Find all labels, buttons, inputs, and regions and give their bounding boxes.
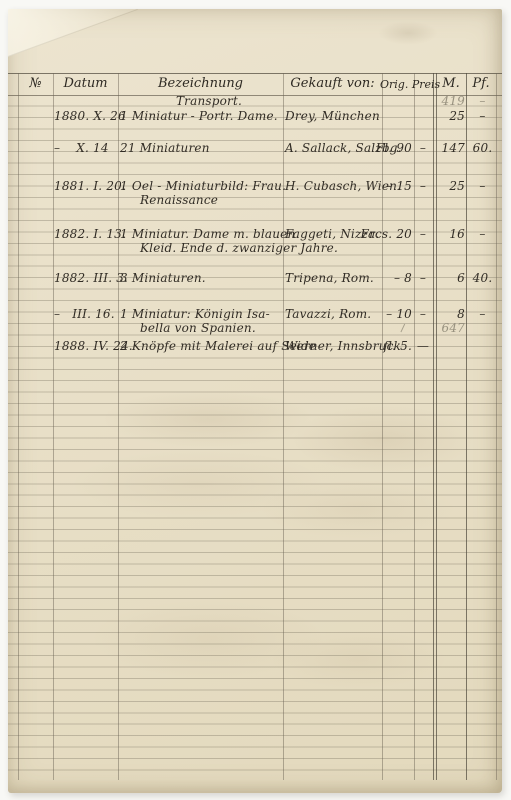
ledger-paper: № Datum Bezeichnung Gekauft von: Orig. P… <box>8 9 502 793</box>
cell-pfennig: – <box>469 228 496 241</box>
ledger-row: 1888. IV. 24. 2 Knöpfe mit Malerei auf S… <box>8 340 502 368</box>
cell-datum: 1880. X. 26 <box>54 110 126 123</box>
cell-bezeichnung: Transport. <box>154 95 264 108</box>
cell-mark: 16 <box>431 228 465 241</box>
cell-orig-preis-fraction: – <box>414 228 432 241</box>
ledger-row: 1880. X. 26 1 Miniatur - Portr. Dame. Dr… <box>8 110 502 138</box>
ledger-row: – III. 16. 1 Miniatur: Königin Isa- bell… <box>8 308 502 336</box>
header-nr: № <box>18 76 53 92</box>
cell-mark-pencil: 419 <box>431 95 465 108</box>
cell-mark: 8 <box>431 308 465 321</box>
cell-mark: 147 <box>431 142 465 155</box>
cell-orig-preis: Frcs. 20 <box>342 228 412 241</box>
cell-orig-preis-fraction: – <box>414 308 432 321</box>
cell-orig-preis: fl. 5. <box>342 340 412 353</box>
cell-pfennig: 40. <box>469 272 496 285</box>
cell-datum: – X. 14 <box>54 142 109 155</box>
cell-orig-preis-fraction: — <box>414 340 432 353</box>
header-gekauft-von: Gekauft von: <box>283 76 382 92</box>
cell-bezeichnung-line2: bella von Spanien. <box>140 322 256 335</box>
cell-bezeichnung-line2: Kleid. Ende d. zwanziger Jahre. <box>140 242 338 255</box>
cell-bezeichnung: 21 Miniaturen <box>120 142 210 155</box>
cell-orig-preis: – 15 <box>342 180 412 193</box>
cell-datum: – III. 16. <box>54 308 115 321</box>
cell-mark: 25 <box>431 110 465 123</box>
cell-mark-pencil-note: 647 <box>431 322 465 335</box>
ink-smudge <box>378 21 438 45</box>
header-bezeichnung: Bezeichnung <box>118 76 283 92</box>
cell-pfennig-pencil: – <box>469 95 496 108</box>
cell-datum: 1881. I. 20. <box>54 180 126 193</box>
cell-orig-preis: – 8 <box>342 272 412 285</box>
header-orig-preis: Orig. Preis <box>380 77 436 93</box>
ledger-row: – X. 14 21 Miniaturen A. Sallack, Salzbg… <box>8 142 502 170</box>
scan-background: № Datum Bezeichnung Gekauft von: Orig. P… <box>0 0 511 800</box>
cell-pfennig: 60. <box>469 142 496 155</box>
header-pfennig: Pf. <box>466 76 496 92</box>
ledger-row: 1882. III. 3. 3 Miniaturen. Tripena, Rom… <box>8 272 502 300</box>
cell-orig-preis-fraction: – <box>414 272 432 285</box>
cell-pfennig: – <box>469 308 496 321</box>
cell-bezeichnung: 1 Miniatur - Portr. Dame. <box>120 110 278 123</box>
cell-orig-preis-fraction: – <box>414 142 432 155</box>
header-mark: M. <box>436 76 466 92</box>
paper-fold-crease <box>8 9 140 59</box>
ledger-row: 1881. I. 20. 1 Oel - Miniaturbild: Frau.… <box>8 180 502 208</box>
cell-bezeichnung: 1 Miniatur: Königin Isa- <box>120 308 270 321</box>
cell-pfennig: – <box>469 110 496 123</box>
table-top-rule <box>8 73 502 74</box>
cell-bezeichnung: 3 Miniaturen. <box>120 272 206 285</box>
cell-datum: 1882. III. 3. <box>54 272 128 285</box>
cell-bezeichnung: 1 Miniatur. Dame m. blauen <box>120 228 295 241</box>
cell-bezeichnung-line2: Renaissance <box>140 194 218 207</box>
cell-mark: 25 <box>431 180 465 193</box>
cell-pfennig: – <box>469 180 496 193</box>
cell-bezeichnung: 1 Oel - Miniaturbild: Frau. <box>120 180 286 193</box>
cell-orig-preis: – 10 <box>342 308 412 321</box>
cell-gekauft-von: Drey, München <box>285 110 380 123</box>
cell-orig-preis: Fl. 90 <box>342 142 412 155</box>
header-datum: Datum <box>53 76 118 92</box>
cell-datum: 1882. I. 13. <box>54 228 126 241</box>
cell-mark: 6 <box>431 272 465 285</box>
ledger-row: 1882. I. 13. 1 Miniatur. Dame m. blauen … <box>8 228 502 256</box>
cell-orig-preis-fraction: – <box>414 180 432 193</box>
